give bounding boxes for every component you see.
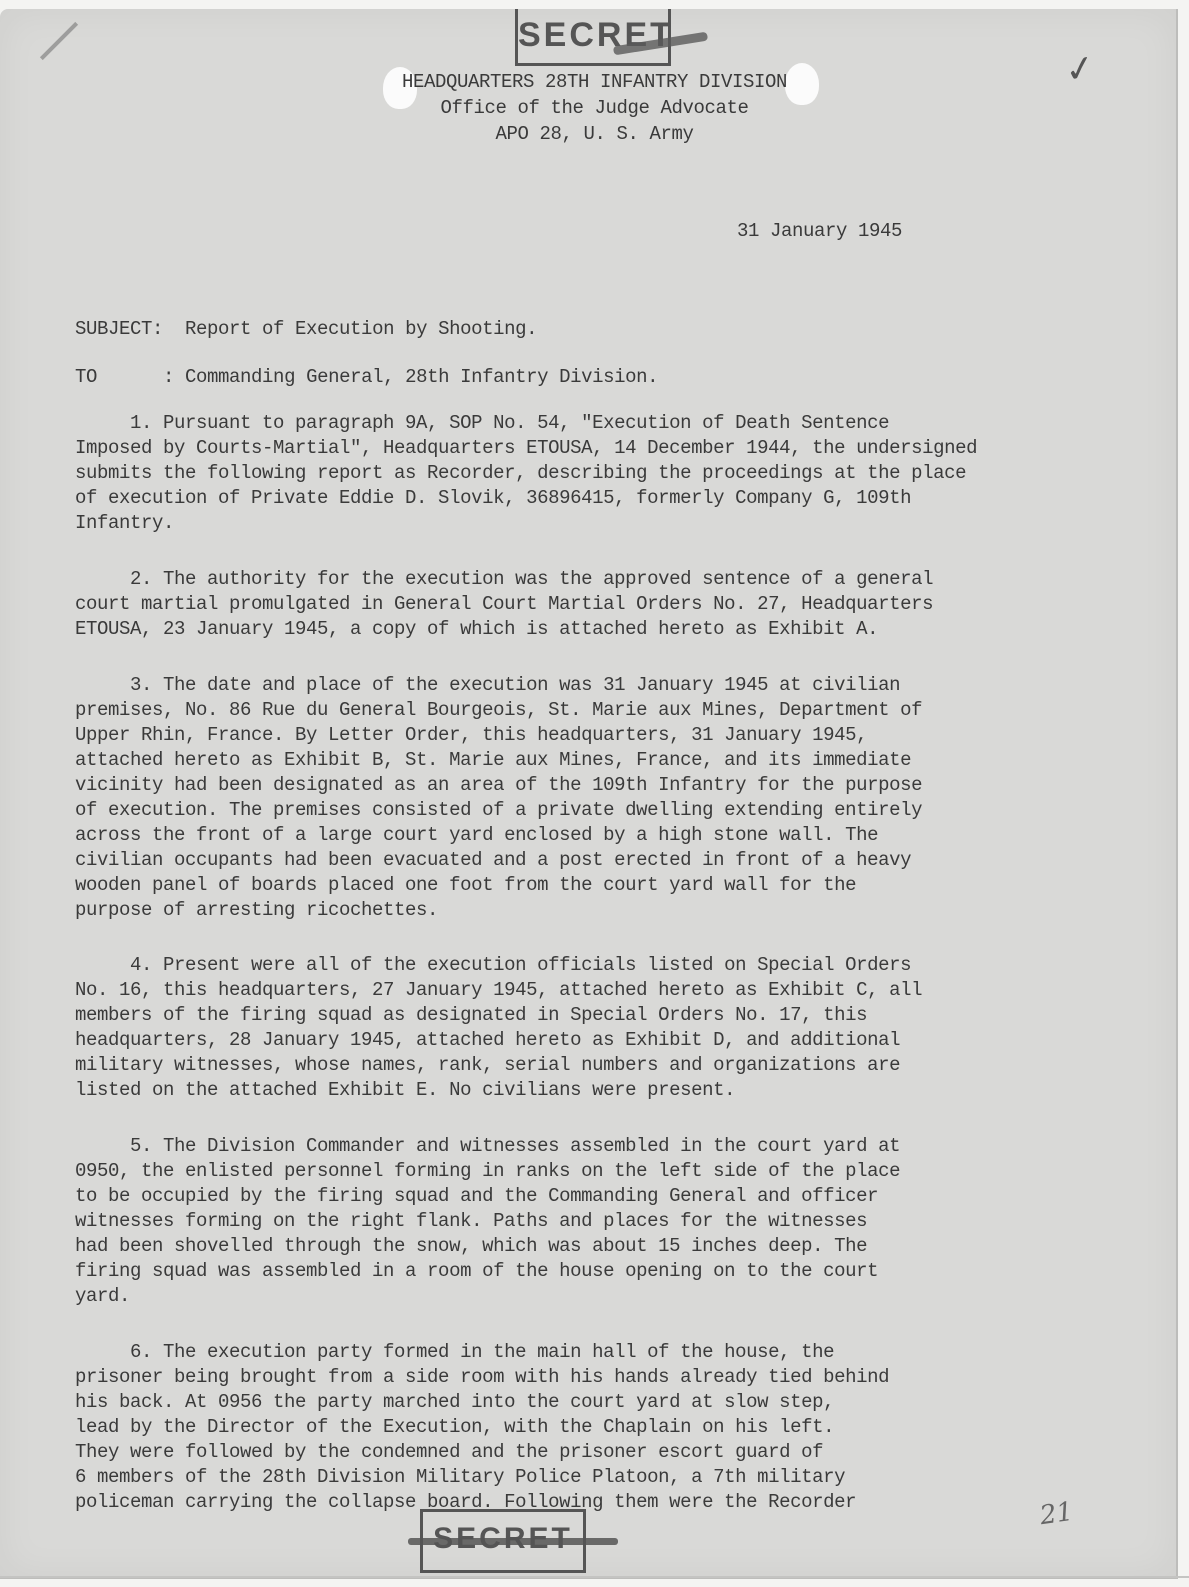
paragraph-line: military witnesses, whose names, rank, s…	[75, 1052, 900, 1078]
paragraph-line: 1. Pursuant to paragraph 9A, SOP No. 54,…	[75, 410, 889, 436]
paragraph-line: 0950, the enlisted personnel forming in …	[75, 1158, 900, 1184]
to-value: Commanding General, 28th Infantry Divisi…	[185, 366, 658, 388]
paragraph-line: to be occupied by the firing squad and t…	[75, 1183, 878, 1209]
paragraph-line: across the front of a large court yard e…	[75, 822, 878, 848]
page-bottom-edge	[0, 1576, 1189, 1578]
paragraph-line: Upper Rhin, France. By Letter Order, thi…	[75, 722, 867, 748]
paragraph-line: yard.	[75, 1283, 130, 1309]
paragraph-line: ETOUSA, 23 January 1945, a copy of which…	[75, 616, 878, 642]
subject-value: Report of Execution by Shooting.	[185, 318, 537, 340]
paragraph-line: premises, No. 86 Rue du General Bourgeoi…	[75, 697, 922, 723]
paragraph-line: attached hereto as Exhibit B, St. Marie …	[75, 747, 911, 773]
paragraph-line: court martial promulgated in General Cou…	[75, 591, 933, 617]
paragraph-line: wooden panel of boards placed one foot f…	[75, 872, 856, 898]
letterhead-line-3: APO 28, U. S. Army	[0, 121, 1189, 147]
paragraph-line: firing squad was assembled in a room of …	[75, 1258, 878, 1284]
paragraph-line: listed on the attached Exhibit E. No civ…	[75, 1077, 735, 1103]
paragraph-line: 5. The Division Commander and witnesses …	[75, 1133, 900, 1159]
paragraph-line: 3. The date and place of the execution w…	[75, 672, 900, 698]
handwritten-page-number: 21	[1038, 1497, 1075, 1531]
secret-stamp-bottom: SECRET	[420, 1509, 586, 1573]
letterhead-line-2: Office of the Judge Advocate	[0, 95, 1189, 121]
paragraph-line: his back. At 0956 the party marched into…	[75, 1389, 834, 1415]
paragraph-line: 2. The authority for the execution was t…	[75, 566, 933, 592]
paragraph-line: vicinity had been designated as an area …	[75, 772, 922, 798]
paragraph-line: headquarters, 28 January 1945, attached …	[75, 1027, 900, 1053]
secret-stamp-top: SECRET	[515, 9, 671, 66]
subject-label: SUBJECT:	[75, 318, 163, 340]
paragraph-line: 6. The execution party formed in the mai…	[75, 1339, 834, 1365]
letterhead-line-1: HEADQUARTERS 28TH INFANTRY DIVISION	[0, 69, 1189, 95]
paragraph-line: of execution. The premises consisted of …	[75, 797, 922, 823]
paragraph-line: 6 members of the 28th Division Military …	[75, 1464, 845, 1490]
pencil-mark	[40, 22, 78, 60]
paragraph-line: purpose of arresting ricochettes.	[75, 897, 438, 923]
paragraph-line: No. 16, this headquarters, 27 January 19…	[75, 977, 922, 1003]
paragraph-line: Imposed by Courts-Martial", Headquarters…	[75, 435, 977, 461]
paragraph-line: members of the firing squad as designate…	[75, 1002, 867, 1028]
document-page: SECRET ✓ HEADQUARTERS 28TH INFANTRY DIVI…	[0, 9, 1178, 1579]
paragraph-line: civilian occupants had been evacuated an…	[75, 847, 911, 873]
subject-line: SUBJECT: Report of Execution by Shooting…	[75, 316, 537, 342]
document-date: 31 January 1945	[737, 218, 902, 244]
to-label: TO :	[75, 366, 174, 388]
paragraph-line: submits the following report as Recorder…	[75, 460, 966, 486]
to-line: TO : Commanding General, 28th Infantry D…	[75, 364, 658, 390]
strikethrough-mark	[408, 1538, 618, 1545]
paragraph-line: Infantry.	[75, 510, 174, 536]
paragraph-line: lead by the Director of the Execution, w…	[75, 1414, 834, 1440]
paragraph-line: witnesses forming on the right flank. Pa…	[75, 1208, 867, 1234]
paragraph-line: 4. Present were all of the execution off…	[75, 952, 911, 978]
paragraph-line: of execution of Private Eddie D. Slovik,…	[75, 485, 911, 511]
paragraph-line: had been shovelled through the snow, whi…	[75, 1233, 867, 1259]
paragraph-line: They were followed by the condemned and …	[75, 1439, 823, 1465]
paragraph-line: prisoner being brought from a side room …	[75, 1364, 889, 1390]
